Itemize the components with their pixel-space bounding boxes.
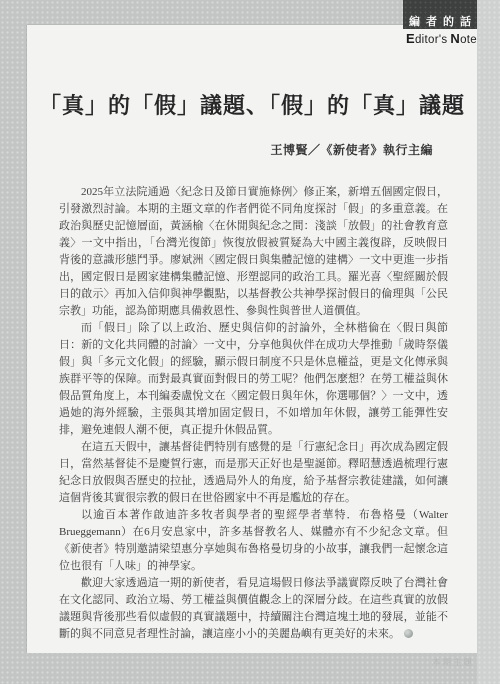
article-title: 「真」的「假」議題、「假」的「真」議題 (27, 91, 477, 121)
subtitle-text-1: ditor's (415, 34, 447, 46)
paragraph-text: 而「假日」除了以上政治、歷史與信仰的討論外，全林楷倫在〈假日與節日：新的文化共同… (59, 322, 448, 436)
page-edge-strip (477, 0, 500, 684)
section-banner-title: 編者的話 (403, 15, 477, 29)
paragraph: 2025年立法院通過〈紀念日及節日實施條例〉修正案，新增五個國定假日，引發激烈討… (59, 184, 448, 320)
footer-theme-label: 本期主題 (432, 656, 474, 668)
subtitle-text-2: ote (460, 34, 477, 46)
paragraph: 在這五天假中，讓基督徒們特別有感覺的是「行憲紀念日」再次成為國定假日，當然基督徒… (59, 439, 448, 507)
subtitle-initial-n: N (450, 31, 460, 46)
section-subtitle: Editor'sNote (357, 31, 477, 46)
page-content: 「真」的「假」議題、「假」的「真」議題 王博賢／《新使者》執行主編 2025年立… (27, 25, 477, 653)
article-body: 2025年立法院通過〈紀念日及節日實施條例〉修正案，新增五個國定假日，引發激烈討… (27, 184, 477, 643)
paragraph-text: 在這五天假中，讓基督徒們特別有感覺的是「行憲紀念日」再次成為國定假日，當然基督徒… (59, 441, 448, 504)
paragraph-text: 2025年立法院通過〈紀念日及節日實施條例〉修正案，新增五個國定假日，引發激烈討… (59, 186, 448, 317)
paragraph-text: 以逾百本著作啟迪許多牧者與學者的聖經學者華特．布魯格曼（Walter Brueg… (59, 509, 448, 572)
subtitle-initial-e: E (406, 31, 415, 46)
paragraph: 而「假日」除了以上政治、歷史與信仰的討論外，全林楷倫在〈假日與節日：新的文化共同… (59, 320, 448, 439)
end-mark-icon (404, 629, 413, 638)
article-byline: 王博賢／《新使者》執行主編 (27, 141, 477, 158)
scanned-magazine-page: 編者的話 Editor'sNote 「真」的「假」議題、「假」的「真」議題 王博… (0, 0, 500, 684)
paragraph-text: 歡迎大家透過這一期的新使者，看見這場假日修法爭議實際反映了台灣社會在文化認同、政… (59, 577, 448, 640)
section-banner: 編者的話 (403, 0, 477, 29)
paragraph: 歡迎大家透過這一期的新使者，看見這場假日修法爭議實際反映了台灣社會在文化認同、政… (59, 575, 448, 643)
paragraph: 以逾百本著作啟迪許多牧者與學者的聖經學者華特．布魯格曼（Walter Brueg… (59, 507, 448, 575)
